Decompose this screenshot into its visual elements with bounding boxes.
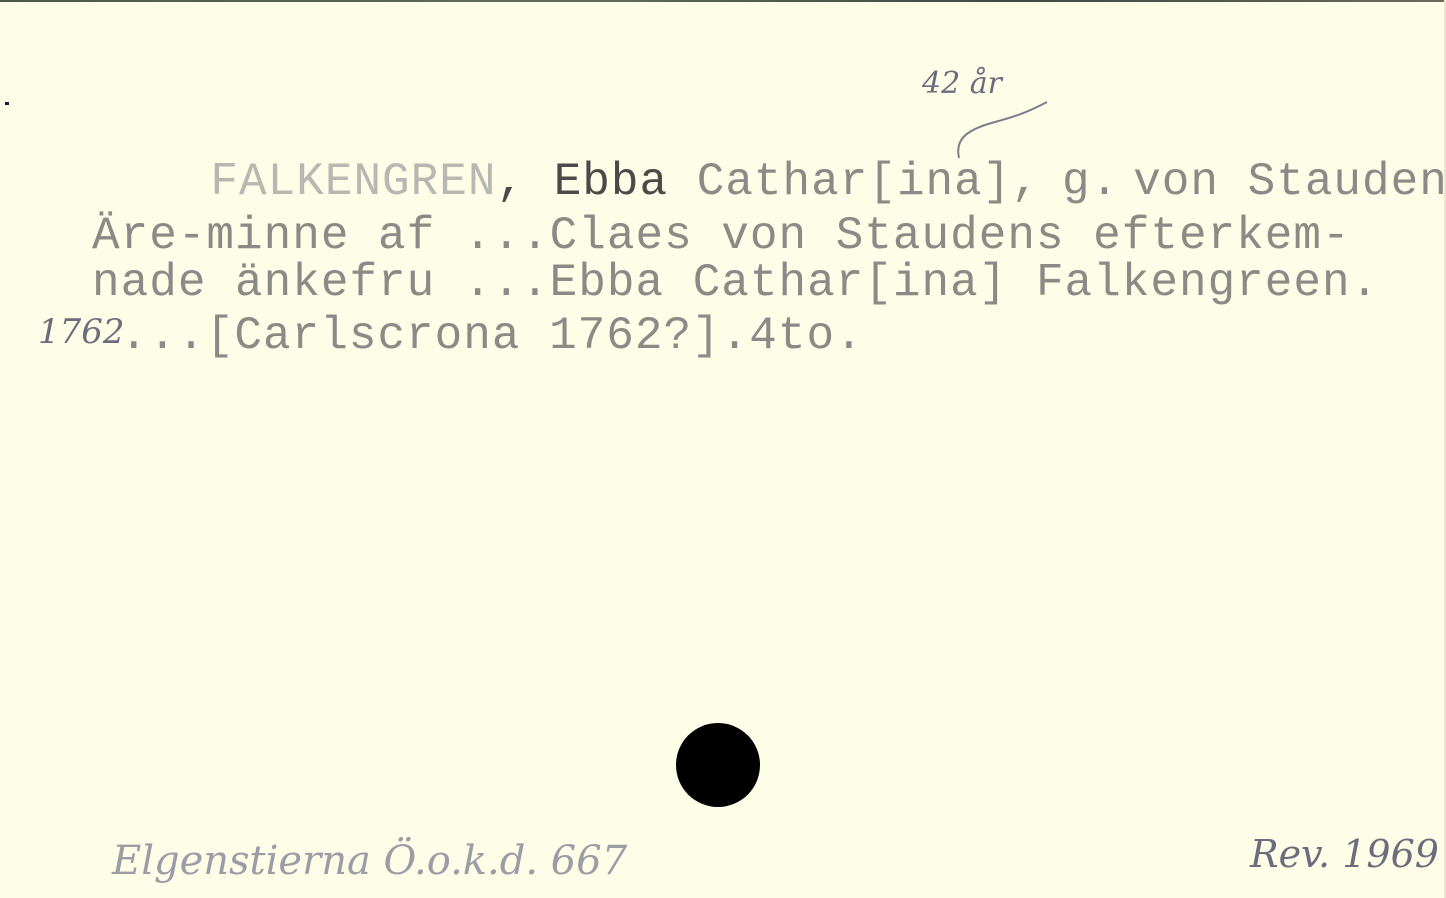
title-line-1: Äre-minne af ...Claes von Staudens efter…	[92, 213, 1351, 259]
catalog-card: FALKENGREN, Ebba Cathar[ina],g.von Staud…	[0, 0, 1446, 898]
margin-mark	[5, 102, 9, 105]
heading-comma: ,	[496, 156, 525, 208]
surname: FALKENGREN	[210, 156, 496, 208]
revision-note: Rev. 1969	[1250, 832, 1439, 876]
insertion-arc-icon	[955, 100, 1055, 160]
reference-note: Elgenstierna Ö.o.k.d. 667	[112, 838, 627, 884]
age-annotation: 42 år	[922, 66, 1002, 101]
card-top-edge	[0, 0, 1446, 2]
margin-year: 1762	[38, 312, 125, 352]
given-name-rest: Cathar[ina],	[668, 156, 1040, 208]
married-prefix: g.	[1062, 156, 1119, 208]
given-name-first: Ebba	[554, 156, 668, 208]
title-line-3: ...[Carlscrona 1762?].4to.	[120, 313, 864, 359]
title-line-2: nade änkefru ...Ebba Cathar[ina] Falkeng…	[92, 260, 1379, 306]
punch-hole	[676, 723, 760, 807]
married-name: von Stauden	[1133, 156, 1446, 208]
